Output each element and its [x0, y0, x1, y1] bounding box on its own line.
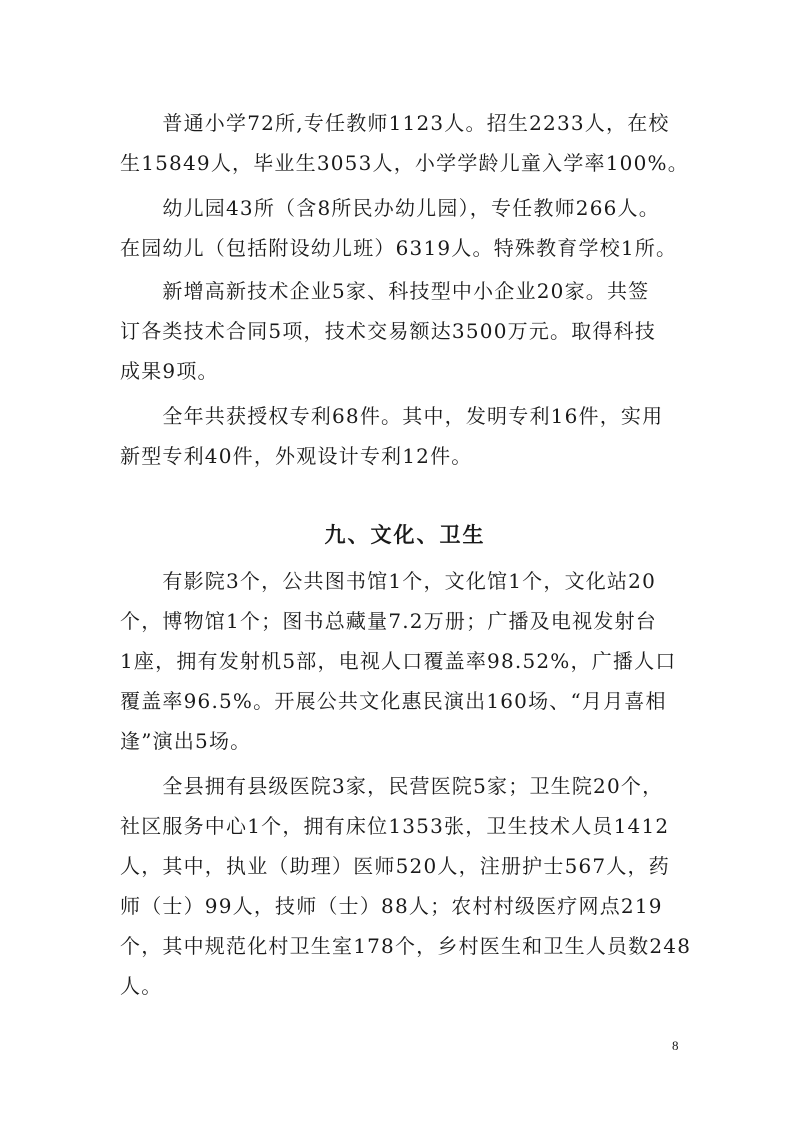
paragraph-line: 逢”演出5场。	[120, 721, 690, 761]
paragraph-line: 新增高新技术企业5家、科技型中小企业20家。共签	[120, 271, 690, 311]
paragraph-line: 1座，拥有发射机5部，电视人口覆盖率98.52%，广播人口	[120, 641, 690, 681]
paragraph-line: 师（士）99人，技师（士）88人；农村村级医疗网点219	[120, 886, 690, 926]
paragraph-line: 个，其中规范化村卫生室178个，乡村医生和卫生人员数248	[120, 926, 690, 966]
paragraph-line: 成果9项。	[120, 351, 690, 391]
paragraph-line: 幼儿园43所（含8所民办幼儿园），专任教师266人。	[120, 188, 690, 228]
paragraph-line: 覆盖率96.5%。开展公共文化惠民演出160场、“月月喜相	[120, 681, 690, 721]
paragraph-line: 订各类技术合同5项，技术交易额达3500万元。取得科技	[120, 311, 690, 351]
paragraph-line: 社区服务中心1个，拥有床位1353张，卫生技术人员1412	[120, 806, 690, 846]
paragraph-line: 普通小学72所,专任教师1123人。招生2233人，在校	[120, 103, 690, 143]
paragraph-line: 全县拥有县级医院3家，民营医院5家；卫生院20个，	[120, 766, 690, 806]
paragraph-line: 在园幼儿（包括附设幼儿班）6319人。特殊教育学校1所。	[120, 228, 690, 268]
paragraph-line: 新型专利40件，外观设计专利12件。	[120, 436, 690, 476]
paragraph-line: 有影院3个，公共图书馆1个，文化馆1个，文化站20	[120, 561, 690, 601]
paragraph-line: 个，博物馆1个；图书总藏量7.2万册；广播及电视发射台	[120, 601, 690, 641]
paragraph-line: 人，其中，执业（助理）医师520人，注册护士567人，药	[120, 846, 690, 886]
page-number: 8	[672, 1038, 679, 1054]
section-heading: 九、文化、卫生	[120, 515, 690, 555]
paragraph-line: 人。	[120, 966, 690, 1006]
paragraph-line: 全年共获授权专利68件。其中，发明专利16件，实用	[120, 396, 690, 436]
paragraph-line: 生15849人，毕业生3053人，小学学龄儿童入学率100%。	[120, 143, 690, 183]
